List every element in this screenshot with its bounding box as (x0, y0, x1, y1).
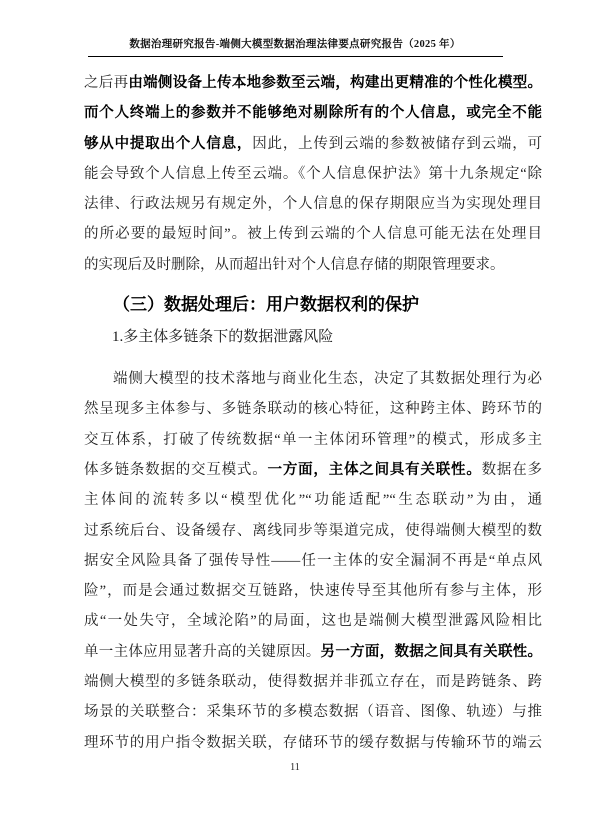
document-body: 之后再由端侧设备上传本地参数至云端，构建出更精准的个性化模型。 而个人终端上的参… (84, 68, 542, 758)
text-line: 端侧大模型的技术落地与商业化生态，决定了其数据处理行为必 (84, 364, 542, 394)
text-segment-bold: 另一方面，数据之间具有关联性。 (321, 644, 542, 660)
paragraph-1: 之后再由端侧设备上传本地参数至云端，构建出更精准的个性化模型。 而个人终端上的参… (84, 68, 542, 280)
text-line: 然呈现多主体参与、多链条联动的核心特征，这种跨主体、跨环节的 (84, 394, 542, 424)
text-segment: 体多链条数据的交互模式。 (84, 462, 268, 478)
text-segment: 之后再 (84, 75, 128, 91)
text-segment: 场景的关联整合：采集环节的多模态数据（语音、图像、轨迹）与推 (84, 704, 542, 720)
text-line: 能会导致个人信息上传至云端。《个人信息保护法》第十九条规定“除 (84, 159, 542, 189)
text-segment-bold: 够从中提取出个人信息， (84, 136, 252, 152)
text-segment: 过系统后台、设备缓存、离线同步等渠道完成，使得端侧大模型的数 (84, 523, 542, 539)
text-segment: 主体间的流转多以“模型优化”“功能适配”“生态联动”为由，通 (84, 492, 542, 508)
text-segment: 的所必要的最短时间”。被上传到云端的个人信息可能无法在处理目 (84, 226, 542, 242)
text-segment: 成“一处失守，全域沦陷”的局面，这也是端侧大模型泄露风险相比 (84, 613, 542, 629)
text-segment: 因此，上传到云端的参数被储存到云端，可 (252, 136, 542, 152)
text-segment: 端侧大模型的多链条联动，使得数据并非孤立存在，而是跨链条、跨 (84, 674, 542, 690)
text-line: 而个人终端上的参数并不能够绝对剔除所有的个人信息，或完全不能 (84, 98, 542, 128)
text-line: 体多链条数据的交互模式。一方面，主体之间具有关联性。数据在多 (84, 455, 542, 485)
text-segment: 据安全风险具备了强传导性——任一主体的安全漏洞不再是“单点风 (84, 553, 542, 569)
text-line: 据安全风险具备了强传导性——任一主体的安全漏洞不再是“单点风 (84, 546, 542, 576)
text-segment: 交互体系，打破了传统数据“单一主体闭环管理”的模式，形成多主 (84, 432, 542, 448)
text-line: 端侧大模型的多链条联动，使得数据并非孤立存在，而是跨链条、跨 (84, 667, 542, 697)
text-line: 过系统后台、设备缓存、离线同步等渠道完成，使得端侧大模型的数 (84, 516, 542, 546)
text-line: 单一主体应用显著升高的关键原因。另一方面，数据之间具有关联性。 (84, 637, 542, 667)
text-line: 成“一处失守，全域沦陷”的局面，这也是端侧大模型泄露风险相比 (84, 606, 542, 636)
text-line: 的所必要的最短时间”。被上传到云端的个人信息可能无法在处理目 (84, 219, 542, 249)
text-segment: 理环节的用户指令数据关联，存储环节的缓存数据与传输环节的端云 (84, 735, 542, 751)
text-segment: 单一主体应用显著升高的关键原因。 (84, 644, 321, 660)
text-line: 法律、行政法规另有规定外，个人信息的保存期限应当为实现处理目 (84, 189, 542, 219)
text-segment: 数据在多 (482, 462, 542, 478)
text-line: 之后再由端侧设备上传本地参数至云端，构建出更精准的个性化模型。 (84, 68, 542, 98)
header-title: 数据治理研究报告-端侧大模型数据治理法律要点研究报告（2025 年） (0, 36, 590, 51)
section-heading: （三）数据处理后：用户数据权利的保护 (84, 288, 542, 321)
subsection-heading: 1.多主体多链条下的数据泄露风险 (84, 321, 542, 354)
text-line: 场景的关联整合：采集环节的多模态数据（语音、图像、轨迹）与推 (84, 697, 542, 727)
text-line: 主体间的流转多以“模型优化”“功能适配”“生态联动”为由，通 (84, 485, 542, 515)
text-segment-bold: 而个人终端上的参数并不能够绝对剔除所有的个人信息，或完全不能 (84, 105, 542, 121)
text-line: 够从中提取出个人信息，因此，上传到云端的参数被储存到云端，可 (84, 129, 542, 159)
text-segment: 法律、行政法规另有规定外，个人信息的保存期限应当为实现处理目 (84, 196, 542, 212)
text-segment: 端侧大模型的技术落地与商业化生态，决定了其数据处理行为必 (113, 371, 542, 387)
text-line: 险”，而是会通过数据交互链路，快速传导至其他所有参与主体，形 (84, 576, 542, 606)
page-number: 11 (290, 762, 300, 773)
text-segment: 的实现后及时删除，从而超出针对个人信息存储的期限管理要求。 (84, 257, 505, 273)
header-rule (88, 56, 503, 57)
text-segment: 险”，而是会通过数据交互链路，快速传导至其他所有参与主体，形 (84, 583, 542, 599)
text-line: 理环节的用户指令数据关联，存储环节的缓存数据与传输环节的端云 (84, 728, 542, 758)
text-segment-bold: 由端侧设备上传本地参数至云端，构建出更精准的个性化模型。 (128, 75, 542, 91)
document-page: 数据治理研究报告-端侧大模型数据治理法律要点研究报告（2025 年） 之后再由端… (0, 0, 590, 836)
paragraph-2: 端侧大模型的技术落地与商业化生态，决定了其数据处理行为必 然呈现多主体参与、多链… (84, 364, 542, 758)
text-segment: 然呈现多主体参与、多链条联动的核心特征，这种跨主体、跨环节的 (84, 401, 542, 417)
text-line: 交互体系，打破了传统数据“单一主体闭环管理”的模式，形成多主 (84, 425, 542, 455)
text-line: 的实现后及时删除，从而超出针对个人信息存储的期限管理要求。 (84, 250, 542, 280)
text-segment-bold: 一方面，主体之间具有关联性。 (268, 462, 482, 478)
text-segment: 能会导致个人信息上传至云端。《个人信息保护法》第十九条规定“除 (84, 166, 542, 182)
page-footer: 11 (0, 762, 590, 773)
